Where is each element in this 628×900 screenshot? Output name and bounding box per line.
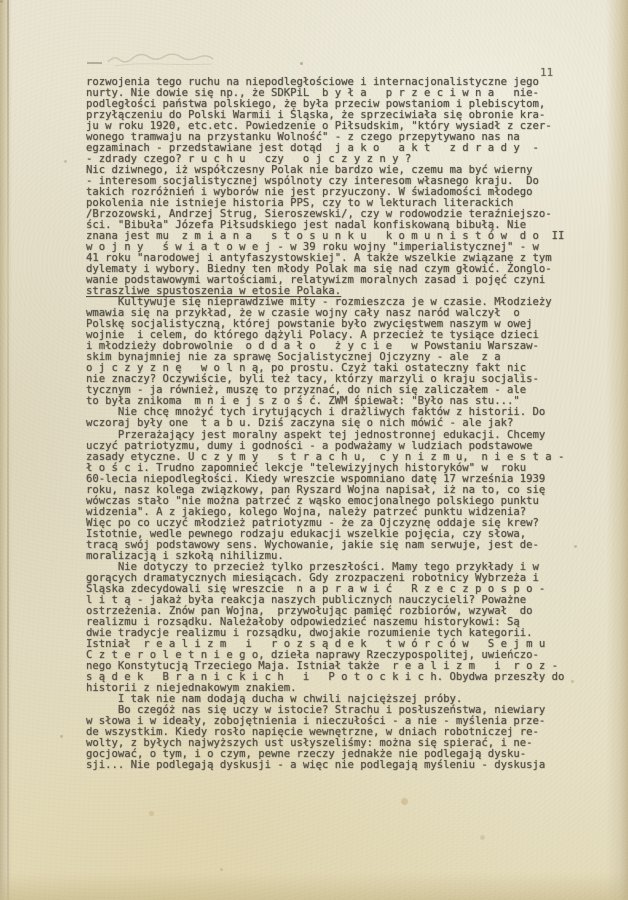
text-block: rozwojenia tego ruchu na niepodległościo… [86, 77, 578, 771]
paper-stains [0, 0, 3, 3]
page-bottom-edge [0, 872, 628, 900]
typewritten-line: Więc po co uczyć młodzież patriotyzmu - … [86, 518, 578, 529]
typewritten-line: wczoraj były one t a b u. Dziś zaczyna s… [86, 418, 578, 429]
typewritten-line: Istotnie, wedle pewnego rodzaju edukacji… [86, 529, 578, 540]
scanned-document-page: 11 rozwojenia tego ruchu na niepodległoś… [0, 0, 628, 900]
typewritten-line: uczyć patriotyzmu, dumy i godności - a p… [86, 441, 578, 452]
typewritten-line: zasady etyczne. U c z y m y s t r a c h … [86, 452, 578, 463]
typewritten-line: roku, nasz kolega związkowy, pan Ryszard… [86, 485, 578, 496]
typewritten-line: wówczas stało "nie można patrzeć z wąsko… [86, 496, 578, 507]
pencil-scribble [84, 46, 274, 72]
typewritten-line: ł o ś c i. Trudno zapomnieć lekcje "tele… [86, 463, 578, 474]
typewritten-line: sji... Nie podlegają dyskusji - a więc n… [86, 760, 578, 771]
page-crease [7, 0, 9, 900]
typewritten-line: 60-lecia niepodległości. Kiedy wreszcie … [86, 474, 578, 485]
page-right-edge [606, 0, 628, 900]
typewritten-line: widzenia". A z jakiego, kolego Wojna, na… [86, 507, 578, 518]
page-left-edge [0, 0, 12, 900]
typewritten-line: Przerażający jest moralny aspekt tej jed… [86, 430, 578, 441]
